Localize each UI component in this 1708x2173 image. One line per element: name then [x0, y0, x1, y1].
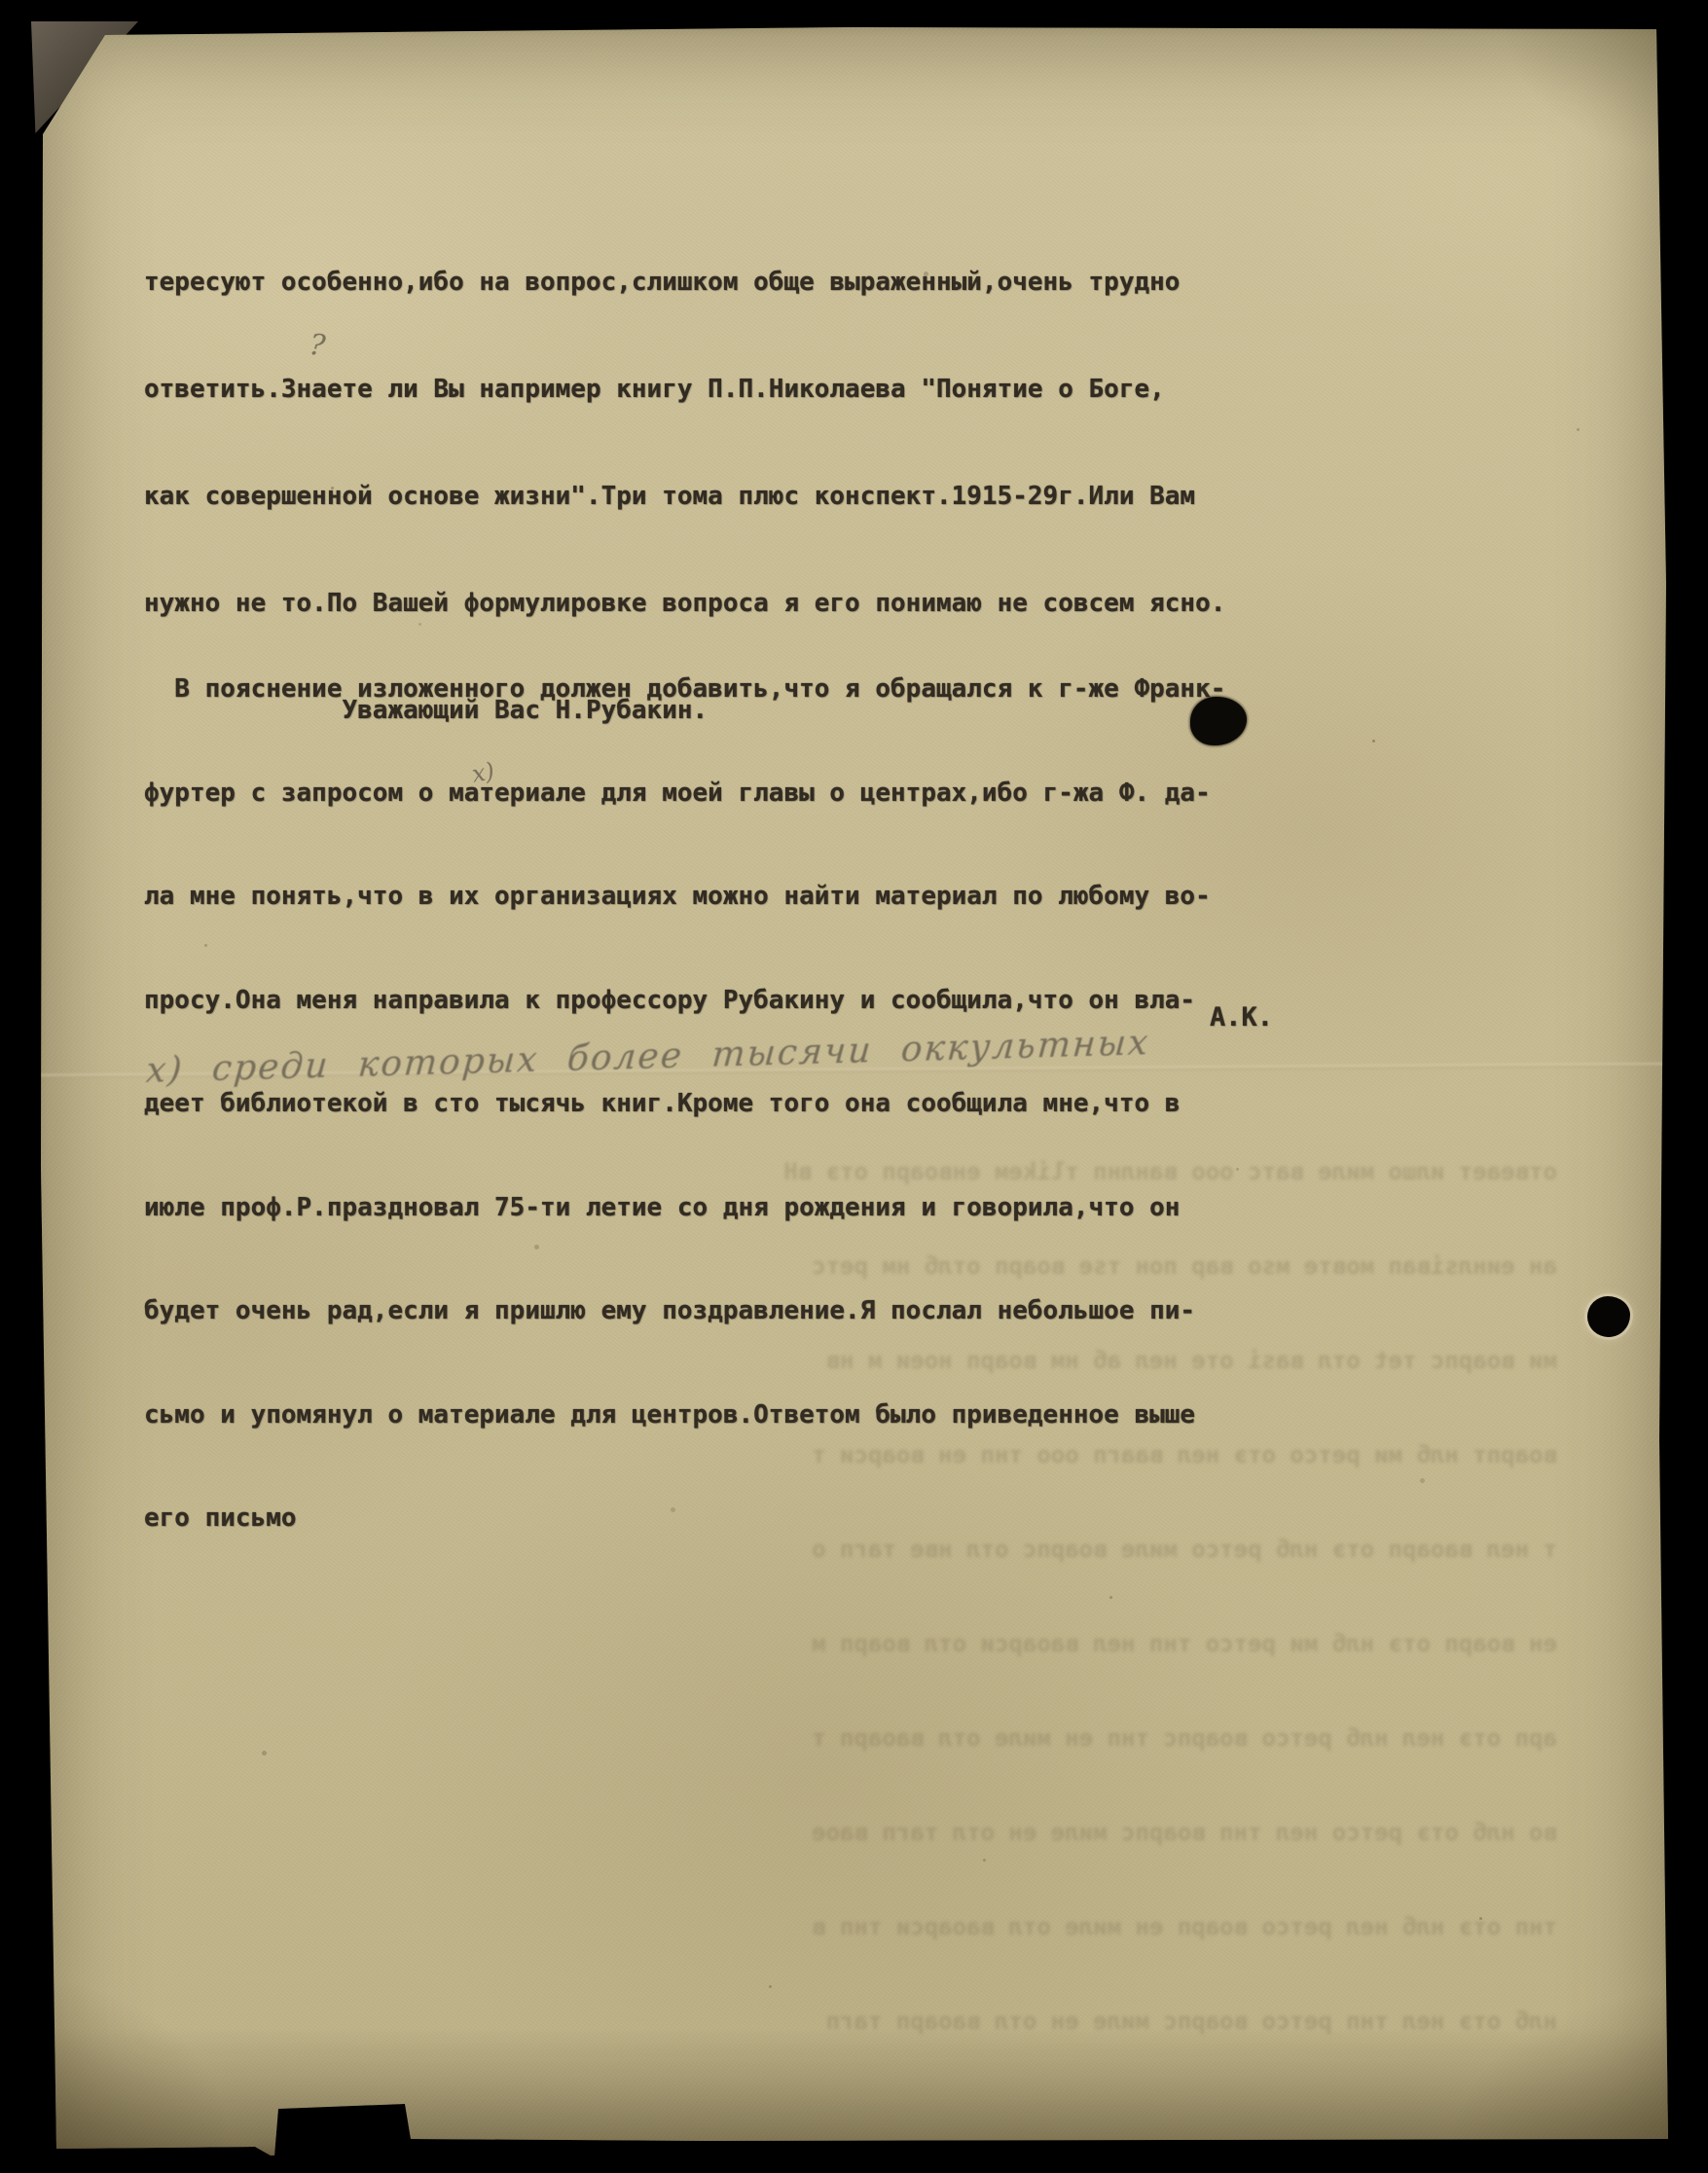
typed-line: его письмо	[144, 1496, 1225, 1541]
typed-line: будет очень рад,если я пришлю ему поздра…	[144, 1288, 1225, 1334]
bleed-line: нлб отэ нел тнп ретсо воарпс миле ен отл…	[117, 2002, 1557, 2042]
explanatory-paragraph: В пояснение изложенного должен добавить,…	[144, 608, 1225, 1600]
bleed-line: во нлб отэ ретсо нел тнп воарпс миле ен …	[117, 1813, 1557, 1853]
typed-line: просу.Она меня направила к профессору Ру…	[144, 978, 1225, 1024]
typed-line: В пояснение изложенного должен добавить,…	[144, 667, 1225, 712]
typed-line: как совершенной основе жизни".Три тома п…	[144, 472, 1225, 521]
typed-line: июле проф.Р.праздновал 75-ти летие со дн…	[144, 1185, 1225, 1231]
typed-line: фуртер с запросом о материале для моей г…	[144, 771, 1225, 816]
bleed-line: тнп отэ нлб нел ретсо воарп ен миле отл …	[117, 1907, 1557, 1947]
ink-blot	[1190, 697, 1247, 745]
typed-line: ответить.Знаете ли Вы например книгу П.П…	[144, 365, 1225, 414]
scan-background: { "letter": { "paragraph1": { "lines": […	[0, 0, 1708, 2173]
bleed-line: арп отэ нел нлб ретсо воарпс тнп ен миле…	[117, 1719, 1557, 1758]
typed-line: тересуют особенно,ибо на вопрос,слишком …	[144, 258, 1225, 307]
typed-line: деет библиотекой в сто тысячь книг.Кроме…	[144, 1081, 1225, 1127]
bleed-line: ен воарп отэ нлб ми ретсо тнп нел ваоарс…	[117, 1624, 1557, 1664]
hole-punch	[1587, 1296, 1630, 1337]
typed-line: ла мне понять,что в их организациях можн…	[144, 874, 1225, 920]
document-page: отвеает илшо миле ватс ооо ванлнп тlikeм…	[29, 19, 1679, 2155]
typed-line: сьмо и упомянул о материале для центров.…	[144, 1393, 1225, 1438]
footnote-reference-mark: х)	[470, 757, 496, 788]
